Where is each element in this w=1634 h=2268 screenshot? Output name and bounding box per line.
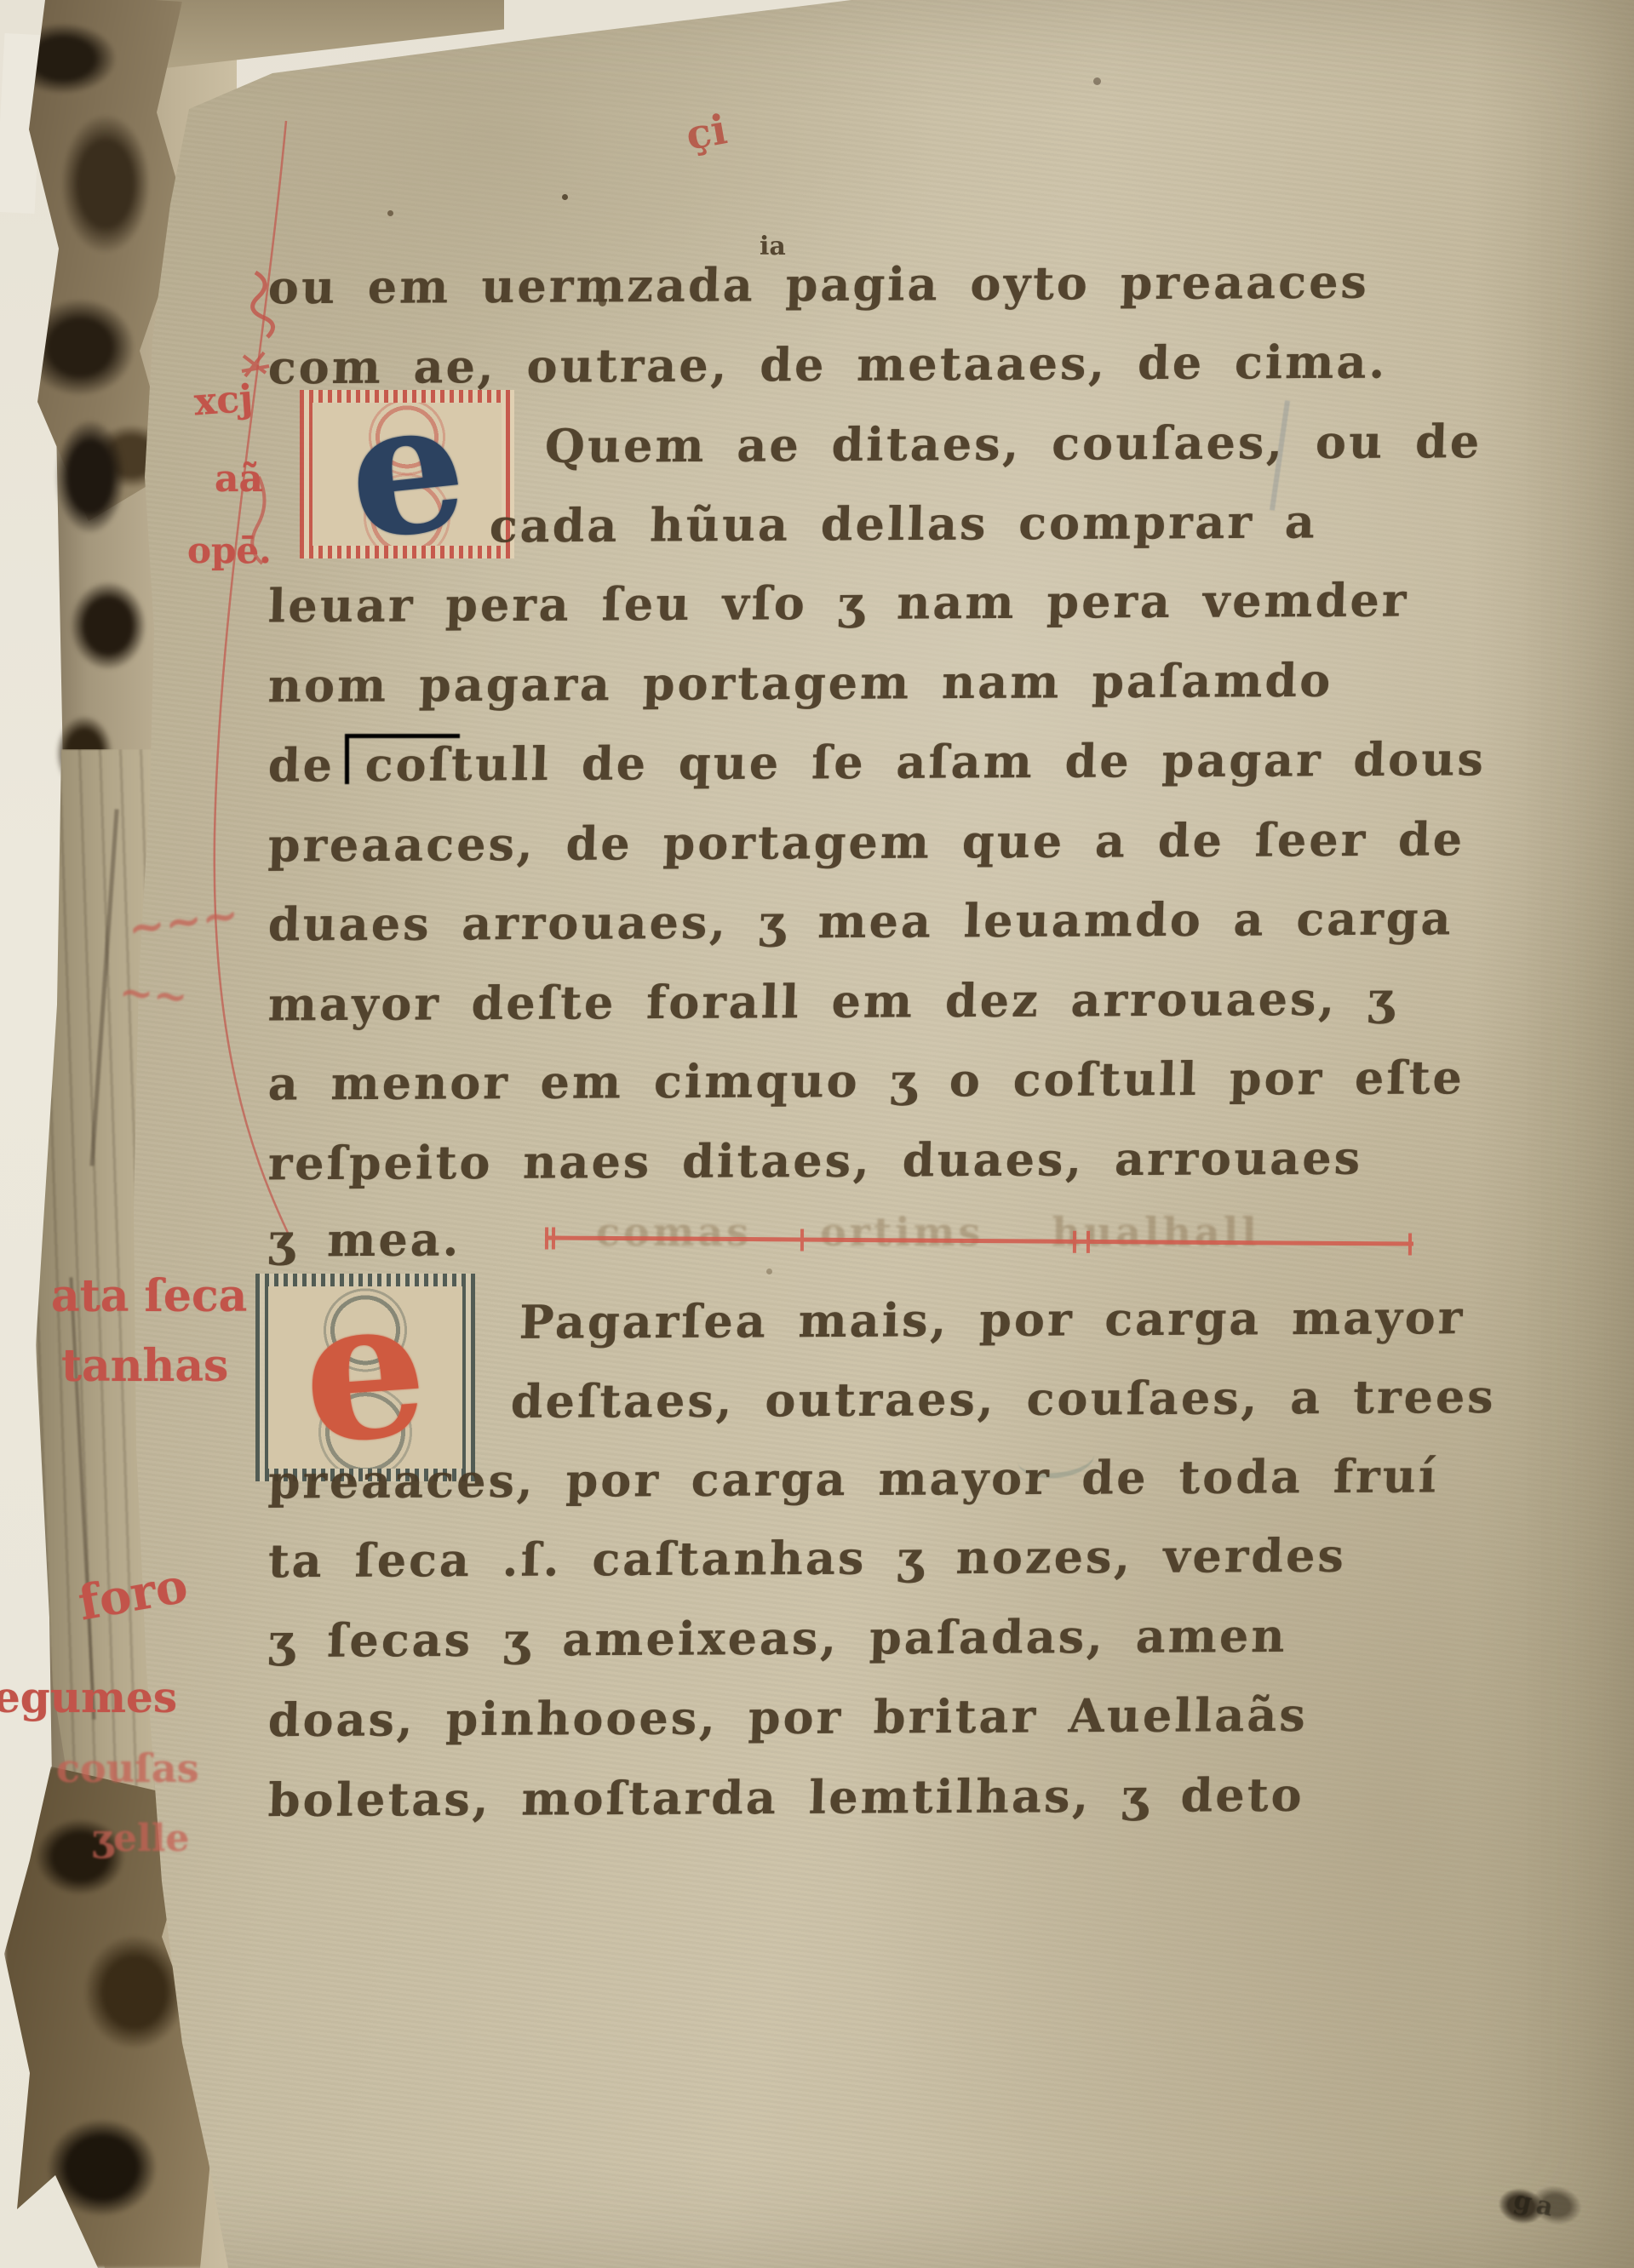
margin-note: egumes xyxy=(0,1672,177,1722)
margin-note: ata ſeca xyxy=(51,1270,247,1322)
margin-note-faded: couſas xyxy=(56,1745,199,1791)
margin-note: opē. xyxy=(187,530,272,571)
text-line: deſtaes, outraes, couſaes, a trees xyxy=(510,1369,1497,1429)
text-line: cada hũua dellas comprar a xyxy=(489,494,1318,553)
text-line: reſpeito naes ditaes, duaes, arrouaes xyxy=(267,1131,1363,1191)
margin-note: aã xyxy=(215,457,263,501)
text-line: Quem ae ditaes, couſaes, ou de xyxy=(544,414,1482,473)
illuminated-initial-first: e xyxy=(300,390,514,558)
margin-note: tanhas xyxy=(61,1340,228,1392)
margin-note-faded: ʒelle xyxy=(92,1817,189,1860)
strike-tick xyxy=(1073,1231,1076,1253)
initial-letter-red-e: e xyxy=(298,1290,431,1452)
strike-tick xyxy=(800,1229,804,1251)
text-line: ta ſeca .ſ. caſtanhas ʒ nozes, verdes xyxy=(267,1528,1347,1589)
text-line: ʒ ſecas ʒ ameixeas, paſadas, amen xyxy=(267,1608,1288,1668)
strike-tick xyxy=(552,1227,555,1249)
initial-red-penwork: e xyxy=(312,403,502,546)
text-line: doas, pinhooes, por britar Auellaãs xyxy=(267,1687,1309,1747)
margin-note-faded: ~~ xyxy=(118,968,190,1022)
text-line: ou em uermzada pagia oyto preaaces xyxy=(267,255,1370,315)
text-line: nom pagara portagem nam paſamdo xyxy=(267,653,1333,713)
strike-tick xyxy=(1408,1234,1412,1256)
strike-tick xyxy=(545,1227,548,1249)
initial-letter-blue-e: e xyxy=(341,392,471,547)
manuscript-photo: { "document": { "kind": "medieval manusc… xyxy=(0,0,1634,2268)
superscript-abbreviation: ia xyxy=(760,232,786,261)
text-line: leuar pera ſeu vſo ʒ nam pera vemder xyxy=(267,572,1409,633)
erased-rubric-ghost-text: comas ortims hualhall xyxy=(596,1209,1260,1255)
text-line: Pagarſea mais, por carga mayor xyxy=(519,1290,1465,1349)
margin-note: xcj xyxy=(192,377,254,425)
text-line: de coſtull de que ſe aſam de pagar dous xyxy=(267,731,1487,792)
text-line: preaaces, de portagem que a de ſeer de xyxy=(267,811,1465,872)
initial-slate-penwork: e xyxy=(268,1286,462,1469)
ink-spots xyxy=(562,194,568,200)
text-line: a menor em cimquo ʒ o coſtull por eſte xyxy=(267,1050,1465,1110)
illuminated-initial-second: e xyxy=(255,1274,475,1481)
folio-number-mark: çi xyxy=(682,106,730,159)
text-line: duaes arrouaes, ʒ mea leuamdo a carga xyxy=(267,891,1454,951)
text-line: boletas, moſtarda lemtilhas, ʒ deto xyxy=(267,1767,1305,1827)
text-line: mayor deſte forall em dez arrouaes, ʒ xyxy=(267,971,1397,1032)
text-line: preaaces, por carga mayor de toda fruí xyxy=(267,1448,1439,1509)
strike-tick xyxy=(1086,1231,1090,1253)
